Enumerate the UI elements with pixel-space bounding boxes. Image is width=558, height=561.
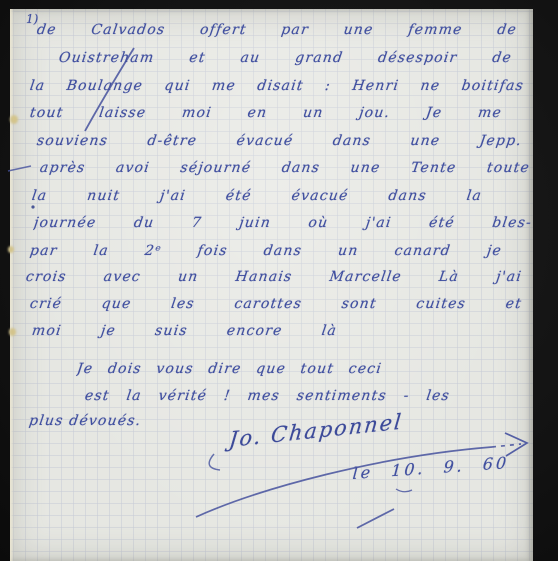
paper-stain — [10, 115, 18, 124]
letter-line: Ouistreham et au grand désespoir de — [57, 48, 513, 72]
letter-line: après avoi séjourné dans une Tente toute — [38, 158, 531, 182]
letter-line: tout laisse moi en un jou. Je me — [28, 103, 503, 127]
letter-line: la Boulange qui me disait : Henri ne boi… — [28, 76, 525, 100]
letter-line: crié que les carottes sont cuites et — [28, 294, 523, 318]
letter-line: par la 2ᵉ fois dans un canard je — [28, 241, 503, 265]
page-mark: 1) — [26, 12, 38, 26]
letter-line: la nuit j'ai été évacué dans la — [30, 186, 483, 210]
letter-line: souviens d-être évacué dans une Jepp. — [35, 131, 523, 155]
letter-line: journée du 7 juin où j'ai été bles- — [32, 213, 533, 237]
letter-line: de Calvados offert par une femme de — [35, 20, 518, 44]
scan-background: 1) de Calvados offert par une femme de O… — [0, 0, 558, 561]
closing-line: plus dévoués. — [28, 413, 142, 429]
paper-stain — [8, 246, 14, 253]
closing-line: Je dois vous dire que tout ceci — [75, 359, 383, 383]
paper-stain — [9, 328, 16, 336]
closing-line: est la vérité ! mes sentiments - les — [83, 386, 451, 410]
letter-line: crois avec un Hanais Marcelle Là j'ai — [24, 267, 523, 291]
letter-line: moi je suis encore là — [30, 321, 338, 345]
paper-left-edge — [10, 9, 14, 561]
